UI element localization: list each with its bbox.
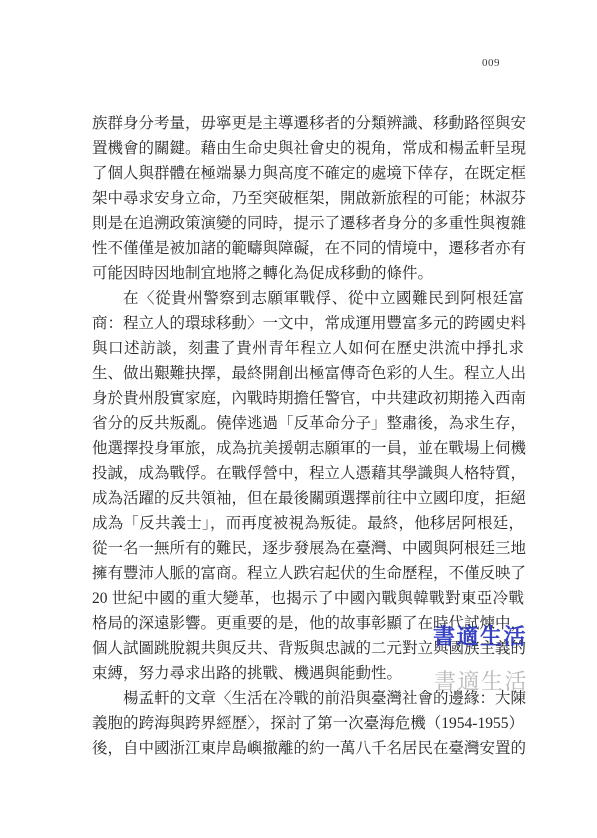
book-page: 009 族群身分考量，毋寧更是主導遷移者的分類辨識、移動路徑與安 置機會的關鍵。…	[0, 0, 597, 838]
paragraph: 楊孟軒的文章〈生活在冷戰的前沿與臺灣社會的邊緣：大陳 義胞的跨海與跨界經歷〉，探…	[92, 686, 524, 761]
text-line: 省分的反共叛亂。僥倖逃過「反革命分子」整肅後，為求生存，	[92, 411, 524, 436]
text-line: 楊孟軒的文章〈生活在冷戰的前沿與臺灣社會的邊緣：大陳	[92, 686, 524, 711]
text-line: 投誠，成為戰俘。在戰俘營中，程立人憑藉其學識與人格特質，	[92, 461, 524, 486]
text-line: 置機會的關鍵。藉由生命史與社會史的視角，常成和楊孟軒呈現	[92, 136, 524, 161]
text-line: 身於貴州殷實家庭，內戰時期擔任警官，中共建政初期捲入西南	[92, 386, 524, 411]
text-line: 後，自中國浙江東岸島嶼撤離的約一萬八千名居民在臺灣安置的	[92, 736, 524, 761]
text-line: 擁有豐沛人脈的富商。程立人跌宕起伏的生命歷程，不僅反映了	[92, 561, 524, 586]
text-line: 商：程立人的環球移動〉一文中，常成運用豐富多元的跨國史料	[92, 311, 524, 336]
page-number: 009	[482, 57, 500, 69]
text-line: 20 世紀中國的重大變革，也揭示了中國內戰與韓戰對東亞冷戰	[92, 586, 524, 611]
text-line: 從一名一無所有的難民，逐步發展為在臺灣、中國與阿根廷三地	[92, 536, 524, 561]
text-line: 格局的深遠影響。更重要的是，他的故事彰顯了在時代試煉中，	[92, 611, 524, 636]
text-line: 個人試圖跳脫親共與反共、背叛與忠誠的二元對立與國族主義的	[92, 636, 524, 661]
text-line: 生、做出艱難抉擇，最終開創出極富傳奇色彩的人生。程立人出	[92, 361, 524, 386]
text-line: 了個人與群體在極端暴力與高度不確定的處境下倖存，在既定框	[92, 161, 524, 186]
text-line: 族群身分考量，毋寧更是主導遷移者的分類辨識、移動路徑與安	[92, 111, 524, 136]
text-line: 成為「反共義士」，而再度被視為叛徒。最終，他移居阿根廷，	[92, 511, 524, 536]
text-line: 則是在追溯政策演變的同時，提示了遷移者身分的多重性與複雜	[92, 211, 524, 236]
text-line: 成為活躍的反共領袖，但在最後關頭選擇前往中立國印度，拒絕	[92, 486, 524, 511]
text-block: 族群身分考量，毋寧更是主導遷移者的分類辨識、移動路徑與安 置機會的關鍵。藉由生命…	[92, 111, 524, 761]
paragraph: 族群身分考量，毋寧更是主導遷移者的分類辨識、移動路徑與安 置機會的關鍵。藉由生命…	[92, 111, 524, 286]
text-line: 與口述訪談，刻畫了貴州青年程立人如何在歷史洪流中掙扎求	[92, 336, 524, 361]
text-line: 可能因時因地制宜地將之轉化為促成移動的條件。	[92, 261, 524, 286]
paragraph: 在〈從貴州警察到志願軍戰俘、從中立國難民到阿根廷富 商：程立人的環球移動〉一文中…	[92, 286, 524, 686]
text-line: 束縛，努力尋求出路的挑戰、機遇與能動性。	[92, 661, 524, 686]
text-line: 架中尋求安身立命，乃至突破框架，開啟新旅程的可能；林淑芬	[92, 186, 524, 211]
text-line: 他選擇投身軍旅，成為抗美援朝志願軍的一員，並在戰場上伺機	[92, 436, 524, 461]
text-line: 義胞的跨海與跨界經歷〉，探討了第一次臺海危機（1954-1955）	[92, 711, 524, 736]
text-line: 性不僅僅是被加諸的範疇與障礙，在不同的情境中，遷移者亦有	[92, 236, 524, 261]
text-line: 在〈從貴州警察到志願軍戰俘、從中立國難民到阿根廷富	[92, 286, 524, 311]
